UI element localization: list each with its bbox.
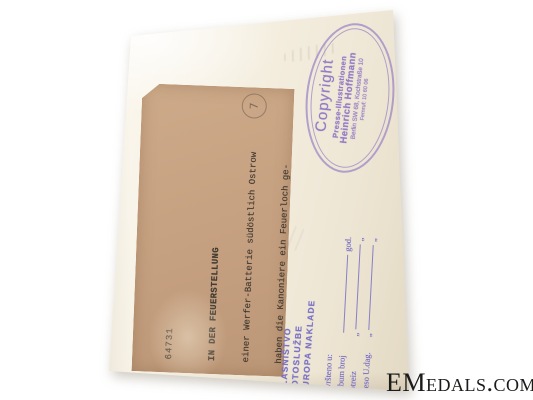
- ownership-stamp: VLASNIŠTVO FOTOSLUŽBE EUROPA NAKLADE: [278, 292, 318, 394]
- caption-line: sollen.: [408, 100, 430, 369]
- emedals-watermark: EMedals.com: [386, 368, 533, 398]
- ditto-mark: „: [361, 333, 374, 337]
- photo-back-scan: 64731 IN DER FEUERSTELLUNG einer Werfer-…: [0, 0, 533, 400]
- photographer-name: Pospischil HH: [476, 102, 498, 371]
- photo-paper-back: 64731 IN DER FEUERSTELLUNG einer Werfer-…: [100, 0, 433, 400]
- fill-in-line: [343, 255, 348, 333]
- ditto-mark: „: [354, 237, 367, 241]
- stamp-line: Presse-Illustrationen: [327, 24, 351, 170]
- stamp-line: Fernruf: 10 60 06: [354, 27, 376, 173]
- filing-stamp: Uvršteno u: Album broj god. Potreiz „ „ …: [321, 236, 379, 396]
- caption-headline: IN DER FEUERSTELLUNG: [207, 92, 229, 361]
- ditto-mark: „: [349, 332, 362, 336]
- archive-number: 64731: [164, 90, 186, 359]
- stamp-title: Copyright: [310, 22, 341, 169]
- stamp-line: Berlin SW 68, Kochstraße 10: [346, 26, 369, 172]
- circled-note-text: 7: [248, 102, 261, 109]
- caption-line: einer Werfer-Batterie südöstlich Ostrow: [241, 93, 263, 362]
- filing-label: Meso U.dag.: [358, 340, 373, 397]
- paper-shadow-wrap: 64731 IN DER FEUERSTELLUNG einer Werfer-…: [100, 0, 433, 400]
- fill-in-line: [355, 244, 360, 329]
- filing-suffix: god.: [341, 236, 354, 252]
- fill-in-line: [368, 245, 373, 330]
- caption-credit-line: 6-6-44-tw-gu-ada 260 PK-Aufn.Kriegsber.: [442, 101, 464, 370]
- caption-text-block: 64731 IN DER FEUERSTELLUNG einer Werfer-…: [132, 83, 295, 377]
- typed-caption-label: 64731 IN DER FEUERSTELLUNG einer Werfer-…: [132, 83, 295, 377]
- ditto-mark: „: [366, 238, 379, 242]
- stamp-line: Heinrich Hoffmann: [336, 25, 361, 171]
- hoffmann-copyright-stamp: Copyright Presse-Illustrationen Heinrich…: [298, 19, 401, 177]
